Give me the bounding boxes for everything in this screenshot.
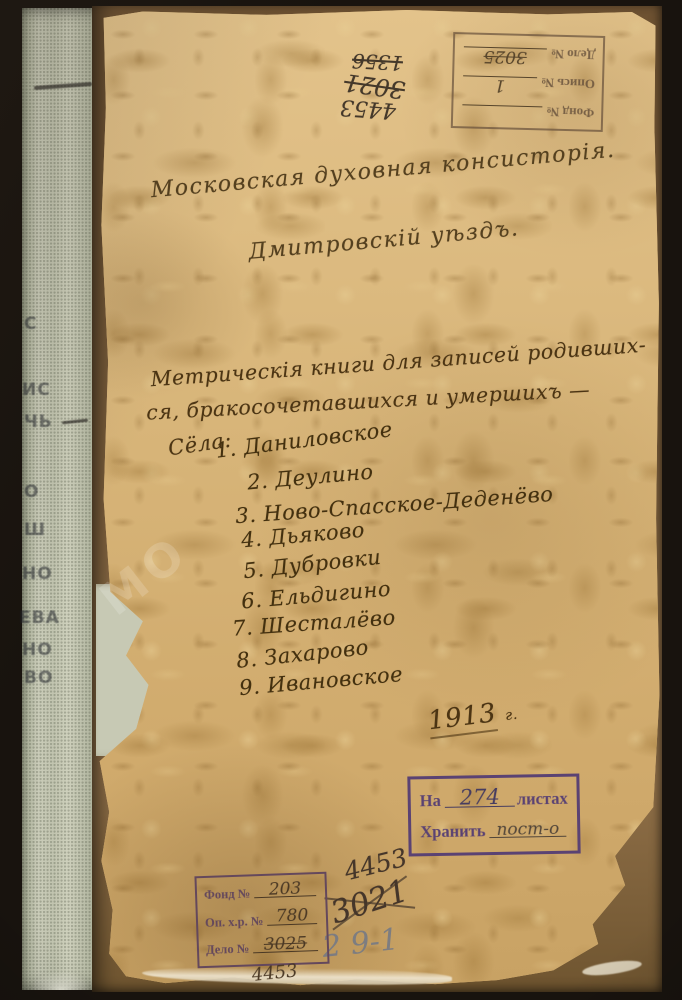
handwritten-number-inverted: 4453	[339, 94, 397, 123]
spine-letter: ИС	[22, 380, 51, 400]
delo-number-new: 4453	[251, 964, 298, 983]
village-number: 1.	[214, 436, 238, 462]
stamp-value	[462, 104, 542, 107]
village-number: 8.	[235, 647, 258, 673]
village-number: 6.	[240, 588, 263, 614]
stamp-label: листах	[517, 788, 568, 809]
keep-term-value: пост-о	[489, 822, 566, 838]
photo-backdrop: С ИС ЧЬ О Ш НО ЕВА НО ВО МО Московская д…	[0, 0, 682, 1000]
spine-letter: ЕВА	[19, 608, 60, 628]
stamp-label: Оп. х.р. №	[205, 914, 264, 931]
village-number: 5.	[242, 557, 265, 583]
spine-ink-mark	[62, 419, 88, 425]
book-spine: С ИС ЧЬ О Ш НО ЕВА НО ВО	[22, 8, 102, 990]
spine-letter: НО	[22, 640, 53, 660]
village-number: 2.	[246, 469, 269, 495]
stamp-value: 3025	[464, 47, 547, 64]
stamp-label: На	[420, 791, 441, 811]
stamp-label: Дело №	[551, 46, 596, 63]
spine-letter: Ш	[24, 520, 46, 540]
fond-number: 203	[254, 882, 316, 899]
stamp-label: Фонд №	[546, 103, 594, 120]
village-number: 7.	[231, 615, 254, 640]
spine-letter: О	[24, 482, 39, 502]
spine-letter: НО	[22, 564, 53, 584]
year-suffix: г.	[504, 707, 518, 724]
stamp-label: Хранить	[420, 821, 486, 842]
village-number: 4.	[240, 527, 263, 553]
opis-number: 780	[267, 909, 317, 925]
stamp-label: Дело №	[206, 942, 250, 959]
sheet-count-value: 274	[445, 788, 515, 807]
village-number: 3.	[235, 503, 258, 528]
stamp-archive-bottom: Фонд №203 Оп. х.р. №780 Дело №3025 4453	[194, 872, 329, 969]
spine-ink-mark	[34, 82, 92, 90]
delo-number-old: 3025	[253, 937, 318, 954]
stamp-label: Фонд №	[204, 887, 251, 904]
village-number: 9.	[238, 674, 261, 700]
spine-letter: ЧЬ	[24, 412, 53, 432]
spine-letter: С	[24, 314, 37, 334]
stamp-value: 1	[463, 75, 537, 92]
spine-letter: ВО	[24, 668, 53, 688]
stamp-archive-top-inverted: Фонд № Опись №1 Дело №3025	[451, 32, 605, 132]
stamp-sheet-count: На 274 листах Хранить пост-о	[407, 774, 580, 857]
stamp-label: Опись №	[541, 74, 595, 91]
